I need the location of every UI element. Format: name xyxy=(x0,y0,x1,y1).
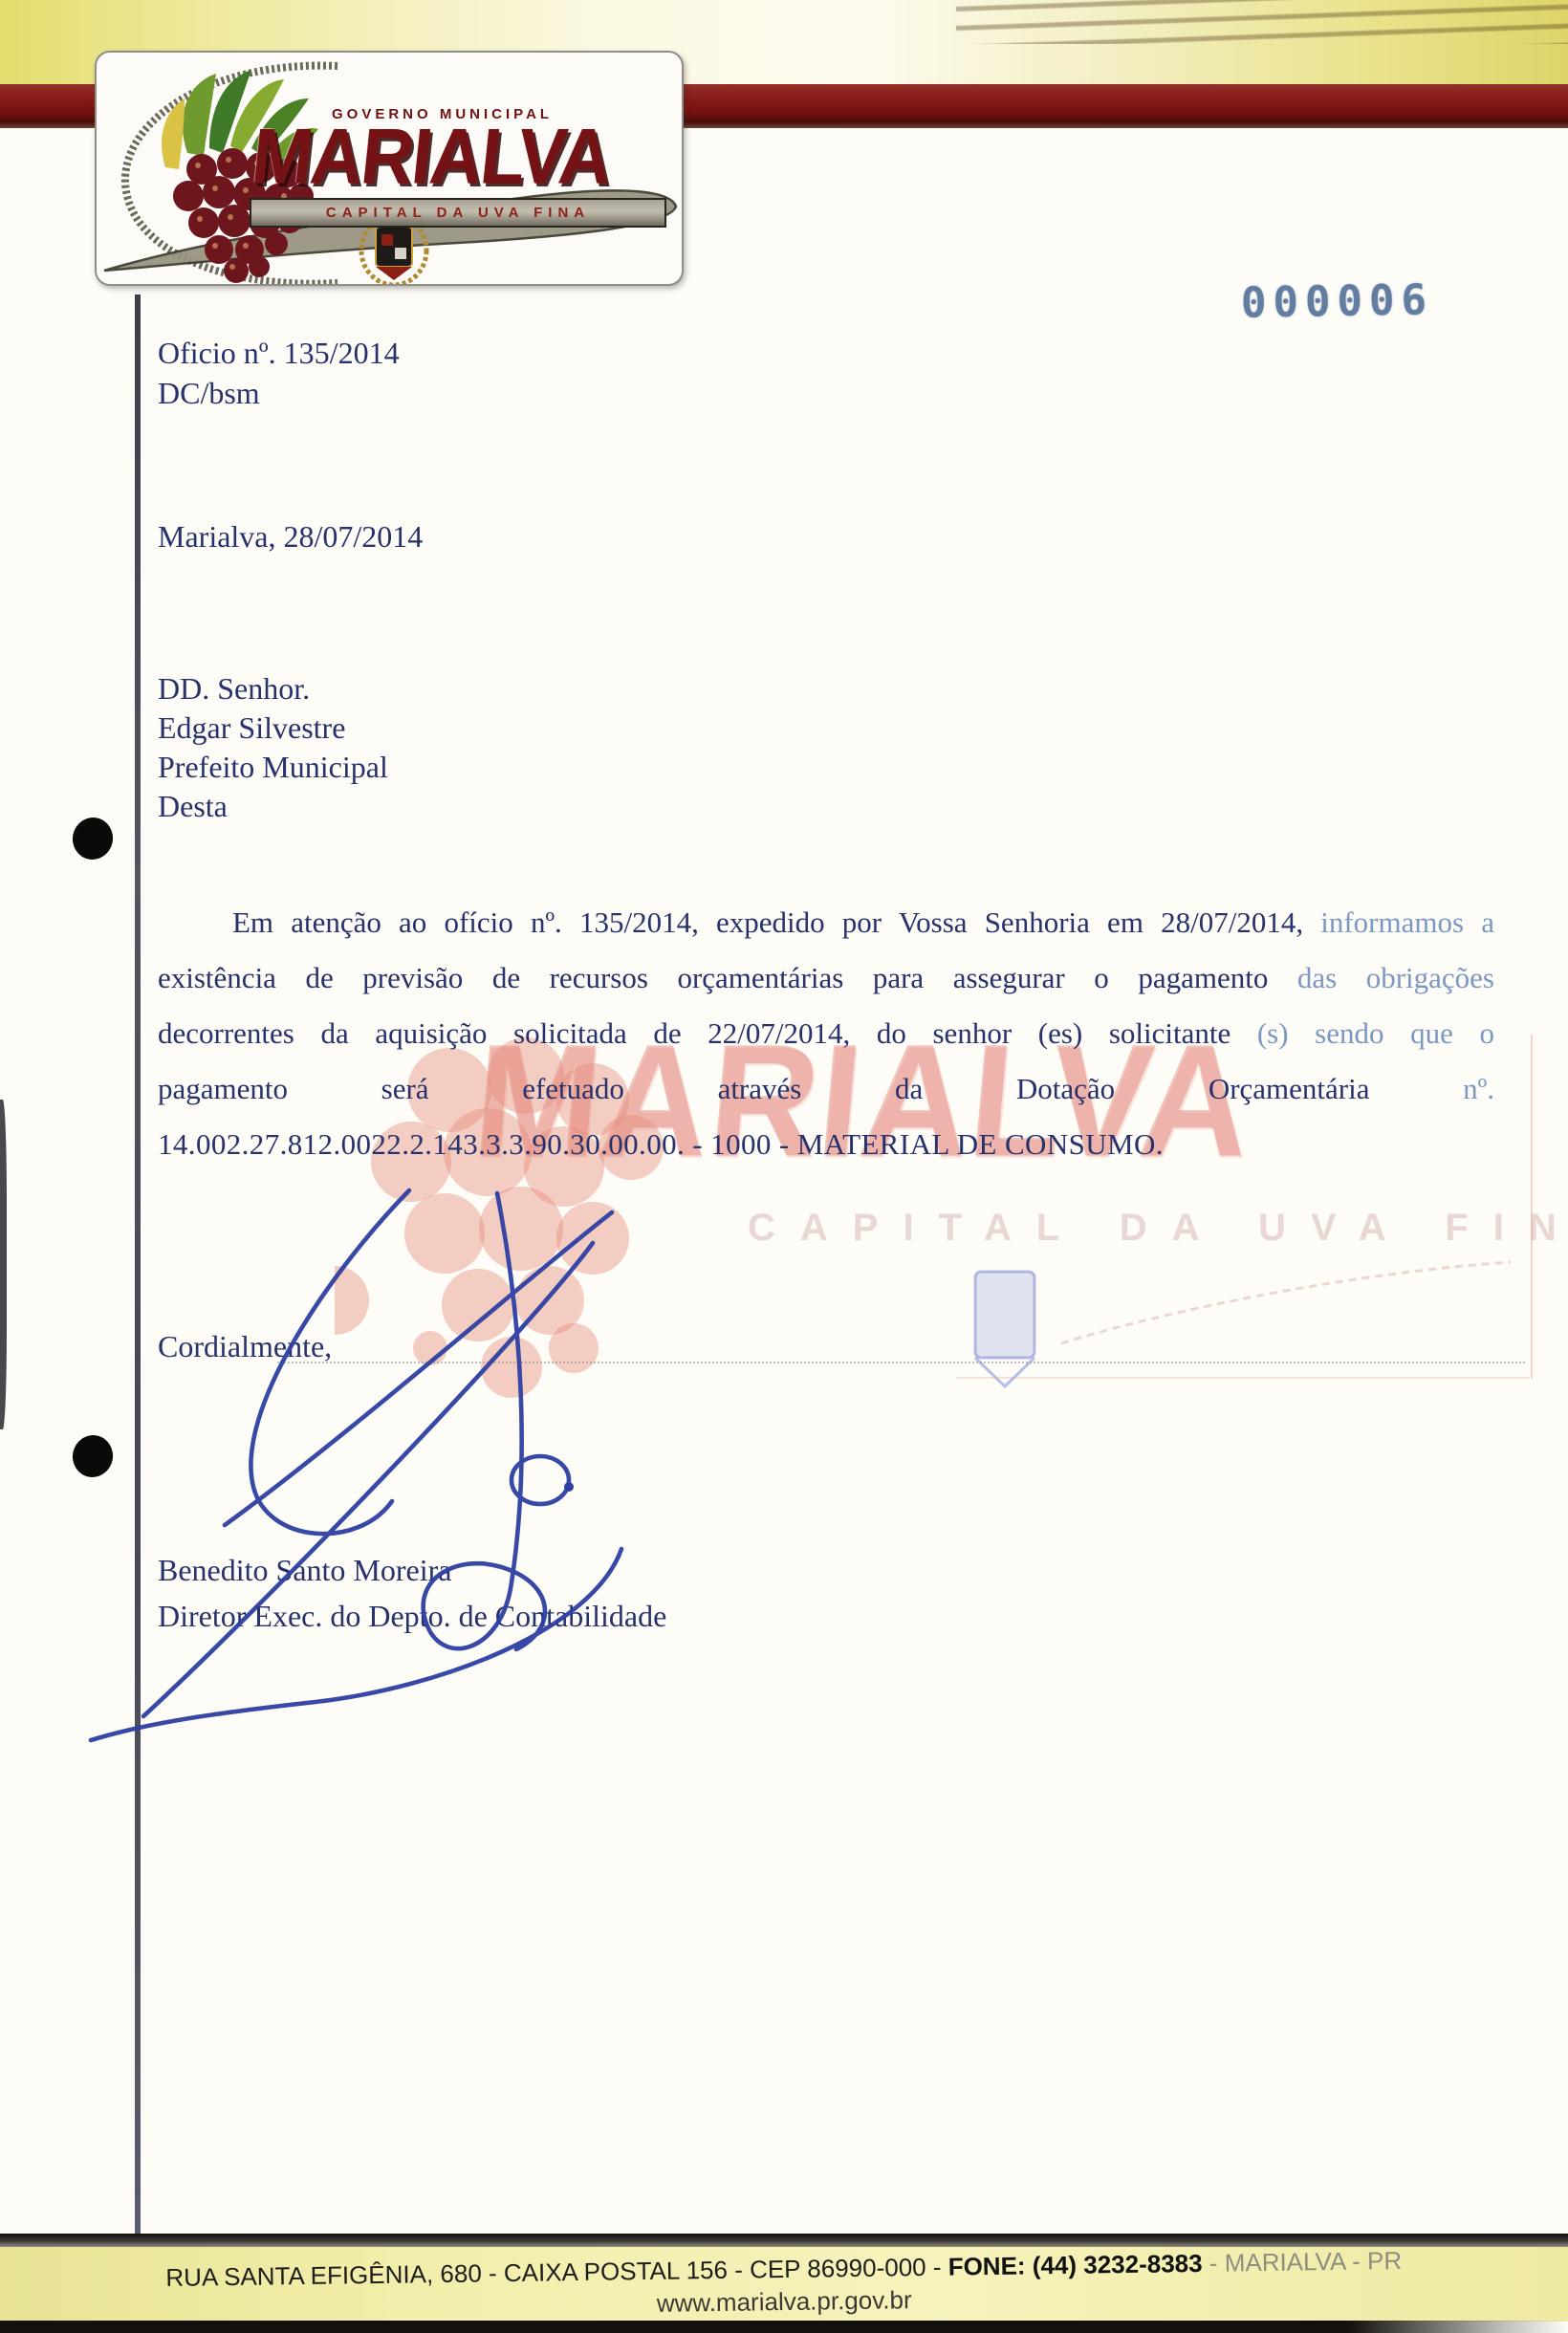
addressee-name: Edgar Silvestre xyxy=(158,709,388,748)
scanned-letter-page: GOVERNO MUNICIPAL MARIALVA CAPITAL DA UV… xyxy=(0,0,1568,2333)
text-segment: das obrigações xyxy=(1268,961,1494,994)
text-segment: Orçamentária xyxy=(1209,1061,1370,1117)
watermark-tagline: CAPITAL DA UVA FINA xyxy=(748,1207,1568,1250)
watermark-crest-icon xyxy=(918,1253,1530,1415)
watermark-bottom-line xyxy=(956,1377,1530,1379)
text-segment: existência de previsão de recursos orçam… xyxy=(158,961,1268,994)
scan-bottom-edge xyxy=(0,2321,1568,2333)
watermark-right-border xyxy=(1531,1035,1533,1379)
text-segment: - MARIALVA - PR xyxy=(1202,2246,1402,2278)
text-segment: decorrentes da aquisição solicitada de 2… xyxy=(158,1016,1230,1050)
addressee-block: DD. Senhor. Edgar Silvestre Prefeito Mun… xyxy=(158,669,388,826)
body-line: existência de previsão de recursos orçam… xyxy=(158,950,1494,1006)
internal-ref: DC/bsm xyxy=(158,373,400,413)
logo-city-name: MARIALVA xyxy=(248,112,640,202)
text-segment: Em atenção ao ofício nº. 135/2014, exped… xyxy=(232,905,1303,939)
text-segment: 14.002.27.812.0022.2.143.3.3.90.30.00.00… xyxy=(158,1127,1164,1161)
body-line: pagamentoseráefetuadoatravésdaDotaçãoOrç… xyxy=(158,1061,1494,1117)
body-line: 14.002.27.812.0022.2.143.3.3.90.30.00.00… xyxy=(158,1117,1494,1172)
text-segment: Dotação xyxy=(1016,1061,1115,1117)
signature-scribble-icon xyxy=(81,1171,674,1764)
scan-edge-artifact xyxy=(0,1100,7,1429)
addressee-title: Prefeito Municipal xyxy=(158,748,388,787)
text-segment: através xyxy=(718,1061,802,1117)
logo-tagline-banner: CAPITAL DA UVA FINA xyxy=(250,198,666,228)
municipal-logo: GOVERNO MUNICIPAL MARIALVA CAPITAL DA UV… xyxy=(95,51,684,286)
body-line: decorrentes da aquisição solicitada de 2… xyxy=(158,1006,1494,1061)
text-segment: pagamento xyxy=(158,1061,288,1117)
page-number-stamp: 000006 xyxy=(1241,275,1434,327)
addressee-salutation: DD. Senhor. xyxy=(158,669,388,709)
body-line: Em atenção ao ofício nº. 135/2014, exped… xyxy=(158,895,1494,950)
text-segment: nº. xyxy=(1463,1061,1494,1117)
dateline: Marialva, 28/07/2014 xyxy=(158,519,423,555)
text-segment: da xyxy=(895,1061,923,1117)
body-paragraph: Em atenção ao ofício nº. 135/2014, exped… xyxy=(158,895,1494,1172)
footer-divider xyxy=(0,2234,1568,2247)
office-number-block: Oficio nº. 135/2014 DC/bsm xyxy=(158,333,400,413)
office-number: Oficio nº. 135/2014 xyxy=(158,333,400,373)
text-segment: efetuado xyxy=(522,1061,624,1117)
text-segment: informamos a xyxy=(1303,905,1494,939)
text-segment: será xyxy=(381,1061,429,1117)
footer-text: RUA SANTA EFIGÊNIA, 680 - CAIXA POSTAL 1… xyxy=(0,2244,1568,2328)
addressee-place: Desta xyxy=(158,787,388,826)
text-segment: (s) sendo que o xyxy=(1230,1016,1494,1050)
text-segment: FONE: (44) 3232-8383 xyxy=(947,2249,1202,2281)
hole-punch-icon xyxy=(69,814,117,863)
scan-edge-streaks xyxy=(956,0,1568,44)
footer-bar: RUA SANTA EFIGÊNIA, 680 - CAIXA POSTAL 1… xyxy=(0,2247,1568,2322)
logo-tagline-text: CAPITAL DA UVA FINA xyxy=(326,205,590,221)
